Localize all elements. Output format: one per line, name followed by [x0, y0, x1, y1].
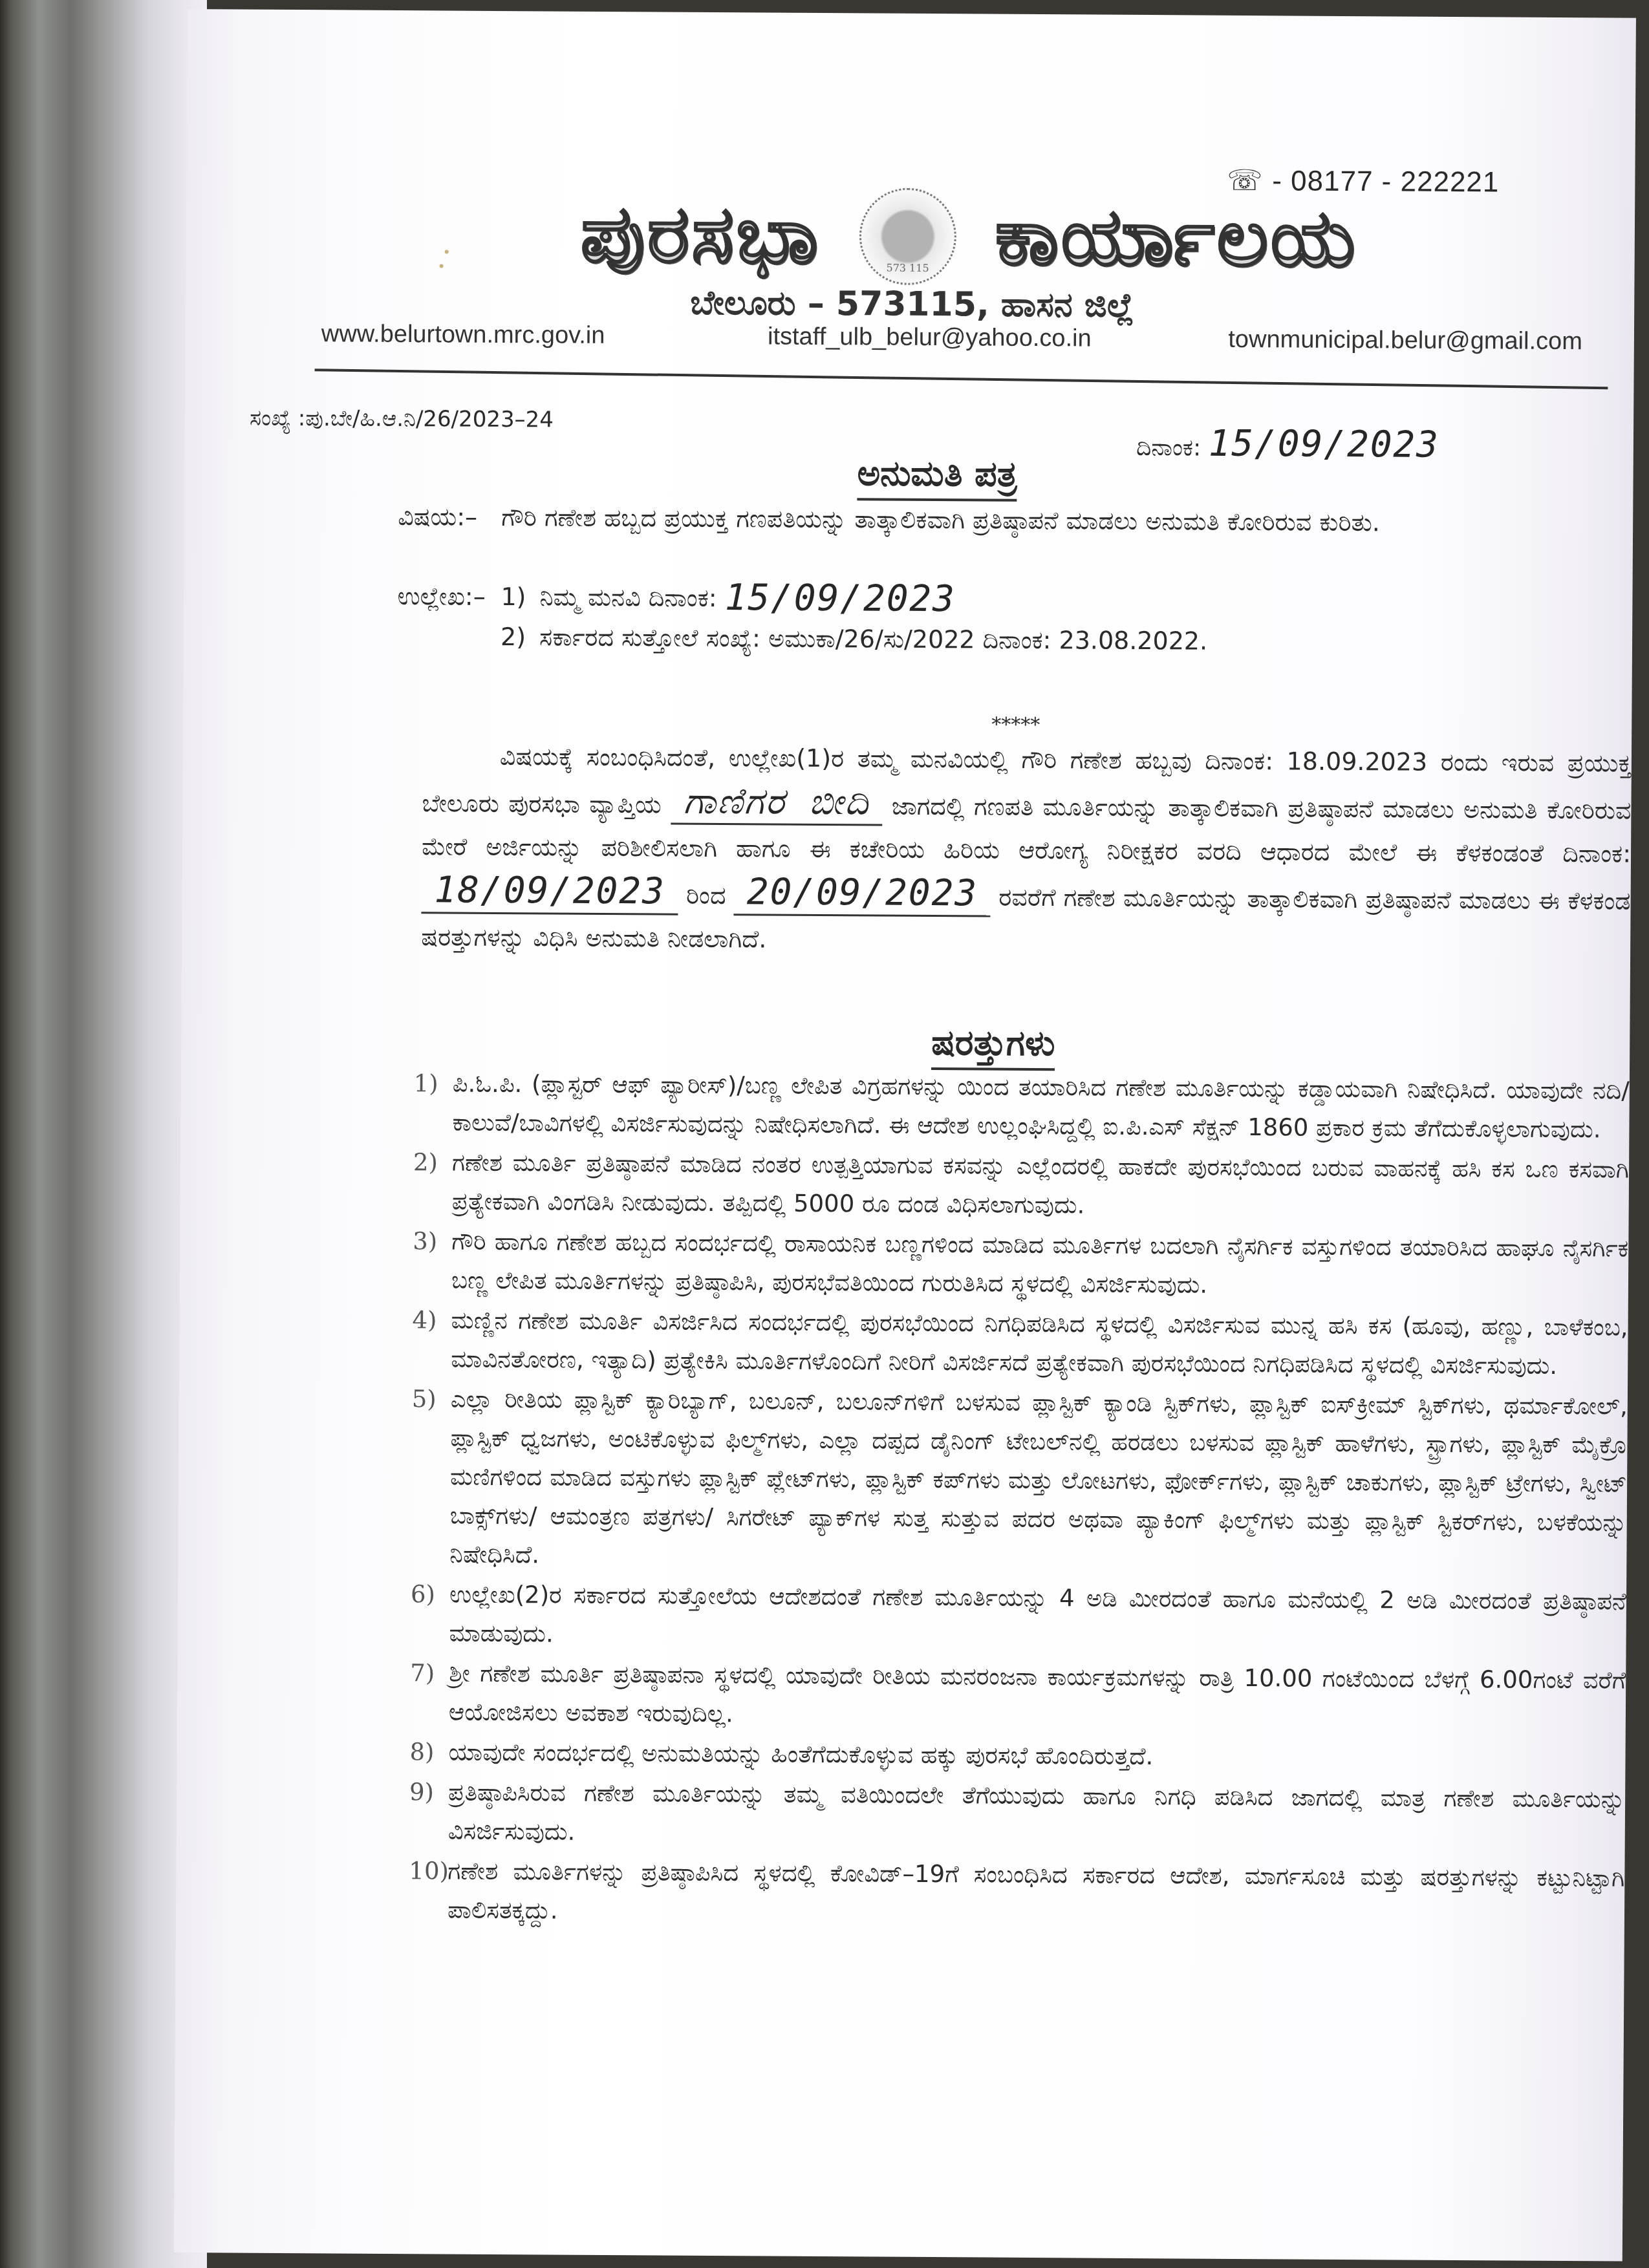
body-text-3: ರಿಂದ — [686, 881, 726, 910]
reference-number: ಸಂಖ್ಯೆ :ಪು.ಬೇ/ಹಿ.ಆ.ನಿ/26/2023–24 — [250, 405, 554, 433]
handwritten-from-date: 18/09/2023 — [421, 868, 678, 915]
handwritten-location: ಗಾಣಿಗರ ಬೀದಿ — [671, 780, 883, 826]
body-paragraph: ವಿಷಯಕ್ಕೆ ಸಂಬಂಧಿಸಿದಂತೆ, ಉಲ್ಲೇಖ(1)ರ ತಮ್ಮ ಮ… — [421, 734, 1632, 966]
conditions-list: 1)ಪಿ.ಓ.ಪಿ. (ಪ್ಲಾಸ್ಟರ್ ಆಫ್ ಪ್ಯಾರೀಸ್)/ಬಣ್ಣ… — [409, 1064, 1630, 1938]
condition-text: ಪ್ರತಿಷ್ಠಾಪಿಸಿರುವ ಗಣೇಶ ಮೂರ್ತಿಯನ್ನು ತಮ್ಮ ವ… — [448, 1773, 1626, 1858]
condition-item: 4)ಮಣ್ಣಿನ ಗಣೇಶ ಮೂರ್ತಿ ವಿಸರ್ಜಿಸಿದ ಸಂದರ್ಭದಲ… — [412, 1301, 1628, 1385]
condition-item: 3)ಗೌರಿ ಹಾಗೂ ಗಣೇಶ ಹಬ್ಬದ ಸಂದರ್ಭದಲ್ಲಿ ರಾಸಾಯ… — [413, 1222, 1629, 1307]
condition-number: 6) — [410, 1575, 449, 1653]
subject-block: ವಿಷಯ:– ಗೌರಿ ಗಣೇಶ ಹಬ್ಬದ ಪ್ರಯುಕ್ತ ಗಣಪತಿಯನ್… — [398, 498, 1497, 541]
section-separator: ***** — [991, 714, 1040, 736]
condition-number: 8) — [409, 1733, 448, 1771]
condition-item: 7)ಶ್ರೀ ಗಣೇಶ ಮೂರ್ತಿ ಪ್ರತಿಷ್ಠಾಪನಾ ಸ್ಥಳದಲ್ಲ… — [410, 1654, 1626, 1738]
references-label: ಉಲ್ಲೇಖ:– — [397, 576, 501, 657]
letterhead-masthead: ಪುರಸಭಾ 573 115 ಕಾರ್ಯಾಲಯ — [580, 186, 1486, 289]
reference-number-1: 1) — [501, 577, 539, 617]
condition-text: ಶ್ರೀ ಗಣೇಶ ಮೂರ್ತಿ ಪ್ರತಿಷ್ಠಾಪನಾ ಸ್ಥಳದಲ್ಲಿ … — [449, 1654, 1626, 1739]
reference-item: 1) ನಿಮ್ಮ ಮನವಿ ದಿನಾಂಕ: 15/09/2023 — [501, 577, 1207, 621]
reference-item: 2) ಸರ್ಕಾರದ ಸುತ್ತೋಲೆ ಸಂಖ್ಯೆ: ಅಮುಕಾ/26/ಸು/… — [501, 617, 1207, 661]
reference-text-2: ಸರ್ಕಾರದ ಸುತ್ತೋಲೆ ಸಂಖ್ಯೆ: ಅಮುಕಾ/26/ಸು/202… — [539, 617, 1208, 661]
email-link-yahoo[interactable]: itstaff_ulb_belur@yahoo.co.in — [768, 323, 1092, 352]
municipal-seal-logo: 573 115 — [859, 187, 956, 285]
condition-number: 9) — [409, 1773, 449, 1850]
date-label: ದಿನಾಂಕ: — [1136, 434, 1202, 462]
condition-number: 7) — [410, 1654, 449, 1731]
email-link-gmail[interactable]: townmunicipal.belur@gmail.com — [1228, 326, 1582, 356]
condition-item: 1)ಪಿ.ಓ.ಪಿ. (ಪ್ಲಾಸ್ಟರ್ ಆಫ್ ಪ್ಯಾರೀಸ್)/ಬಣ್ಣ… — [413, 1064, 1630, 1149]
references-list: 1) ನಿಮ್ಮ ಮನವಿ ದಿನಾಂಕ: 15/09/2023 2) ಸರ್ಕ… — [501, 577, 1208, 661]
condition-item: 8)ಯಾವುದೇ ಸಂದರ್ಭದಲ್ಲಿ ಅನುಮತಿಯನ್ನು ಹಿಂತೆಗೆ… — [409, 1733, 1625, 1779]
condition-text: ಗಣೇಶ ಮೂರ್ತಿ ಪ್ರತಿಷ್ಠಾಪನೆ ಮಾಡಿದ ನಂತರ ಉತ್ಪ… — [452, 1144, 1630, 1228]
paper-speck — [440, 264, 444, 268]
condition-number: 1) — [413, 1064, 453, 1142]
condition-item: 10)ಗಣೇಶ ಮೂರ್ತಿಗಳನ್ನು ಪ್ರತಿಷ್ಠಾಪಿಸಿದ ಸ್ಥಳ… — [409, 1852, 1625, 1936]
paper-speck — [445, 250, 449, 253]
date-handwritten: 15/09/2023 — [1209, 423, 1440, 466]
subject-label: ವಿಷಯ:– — [398, 498, 501, 535]
condition-text: ಗಣೇಶ ಮೂರ್ತಿಗಳನ್ನು ಪ್ರತಿಷ್ಠಾಪಿಸಿದ ಸ್ಥಳದಲ್… — [447, 1852, 1625, 1937]
website-link[interactable]: www.belurtown.mrc.gov.in — [321, 320, 605, 350]
condition-item: 9)ಪ್ರತಿಷ್ಠಾಪಿಸಿರುವ ಗಣೇಶ ಮೂರ್ತಿಯನ್ನು ತಮ್ಮ… — [409, 1773, 1626, 1857]
condition-number: 4) — [412, 1301, 451, 1378]
letterhead-divider — [315, 369, 1608, 389]
letter-date: ದಿನಾಂಕ: 15/09/2023 — [1136, 422, 1439, 466]
seal-text: 573 115 — [886, 262, 929, 274]
office-name-part-2: ಕಾರ್ಯಾಲಯ — [995, 191, 1357, 286]
reference-number-2: 2) — [501, 617, 539, 657]
references-block: ಉಲ್ಲೇಖ:– 1) ನಿಮ್ಮ ಮನವಿ ದಿನಾಂಕ: 15/09/202… — [397, 576, 1562, 663]
office-name-part-1: ಪುರಸಭಾ — [580, 188, 821, 283]
reference-text-1: ನಿಮ್ಮ ಮನವಿ ದಿನಾಂಕ: — [539, 577, 717, 618]
condition-item: 5)ಎಲ್ಲಾ ರೀತಿಯ ಪ್ಲಾಸ್ಟಿಕ್ ಕ್ಯಾರಿಬ್ಯಾಗ್, ಬ… — [411, 1380, 1628, 1581]
condition-item: 2)ಗಣೇಶ ಮೂರ್ತಿ ಪ್ರತಿಷ್ಠಾಪನೆ ಮಾಡಿದ ನಂತರ ಉತ… — [413, 1143, 1630, 1228]
handwritten-to-date: 20/09/2023 — [734, 870, 991, 917]
subject-text: ಗೌರಿ ಗಣೇಶ ಹಬ್ಬದ ಪ್ರಯುಕ್ತ ಗಣಪತಿಯನ್ನು ತಾತ್… — [501, 499, 1380, 540]
condition-item: 6)ಉಲ್ಲೇಖ(2)ರ ಸರ್ಕಾರದ ಸುತ್ತೋಲೆಯ ಆದೇಶದಂತೆ … — [410, 1575, 1626, 1660]
condition-number: 5) — [411, 1380, 451, 1574]
condition-text: ಗೌರಿ ಹಾಗೂ ಗಣೇಶ ಹಬ್ಬದ ಸಂದರ್ಭದಲ್ಲಿ ರಾಸಾಯನಿ… — [451, 1223, 1629, 1307]
condition-text: ಉಲ್ಲೇಖ(2)ರ ಸರ್ಕಾರದ ಸುತ್ತೋಲೆಯ ಆದೇಶದಂತೆ ಗಣ… — [449, 1576, 1626, 1660]
letterhead-address: ಬೇಲೂರು – 573115, ಹಾಸನ ಜಿಲ್ಲೆ — [690, 284, 1134, 326]
condition-number: 2) — [413, 1143, 453, 1221]
condition-text: ಪಿ.ಓ.ಪಿ. (ಪ್ಲಾಸ್ಟರ್ ಆಫ್ ಪ್ಯಾರೀಸ್)/ಬಣ್ಣ ಲ… — [452, 1065, 1630, 1150]
document-title: ಅನುಮತಿ ಪತ್ರ — [857, 453, 1017, 502]
condition-text: ಎಲ್ಲಾ ರೀತಿಯ ಪ್ಲಾಸ್ಟಿಕ್ ಕ್ಯಾರಿಬ್ಯಾಗ್, ಬಲೂ… — [449, 1380, 1628, 1581]
letterhead-contacts: www.belurtown.mrc.gov.in itstaff_ulb_bel… — [321, 320, 1582, 356]
condition-text: ಯಾವುದೇ ಸಂದರ್ಭದಲ್ಲಿ ಅನುಮತಿಯನ್ನು ಹಿಂತೆಗೆದು… — [448, 1733, 1625, 1779]
document-page: ☏ - 08177 - 222221 ಪುರಸಭಾ 573 115 ಕಾರ್ಯಾ… — [174, 9, 1636, 2262]
condition-text: ಮಣ್ಣಿನ ಗಣೇಶ ಮೂರ್ತಿ ವಿಸರ್ಜಿಸಿದ ಸಂದರ್ಭದಲ್ಲ… — [451, 1301, 1628, 1386]
condition-number: 3) — [413, 1222, 452, 1300]
conditions-title: ಷರತ್ತುಗಳು — [931, 1022, 1055, 1071]
reference-handwritten-date: 15/09/2023 — [725, 578, 956, 619]
condition-number: 10) — [409, 1852, 448, 1929]
